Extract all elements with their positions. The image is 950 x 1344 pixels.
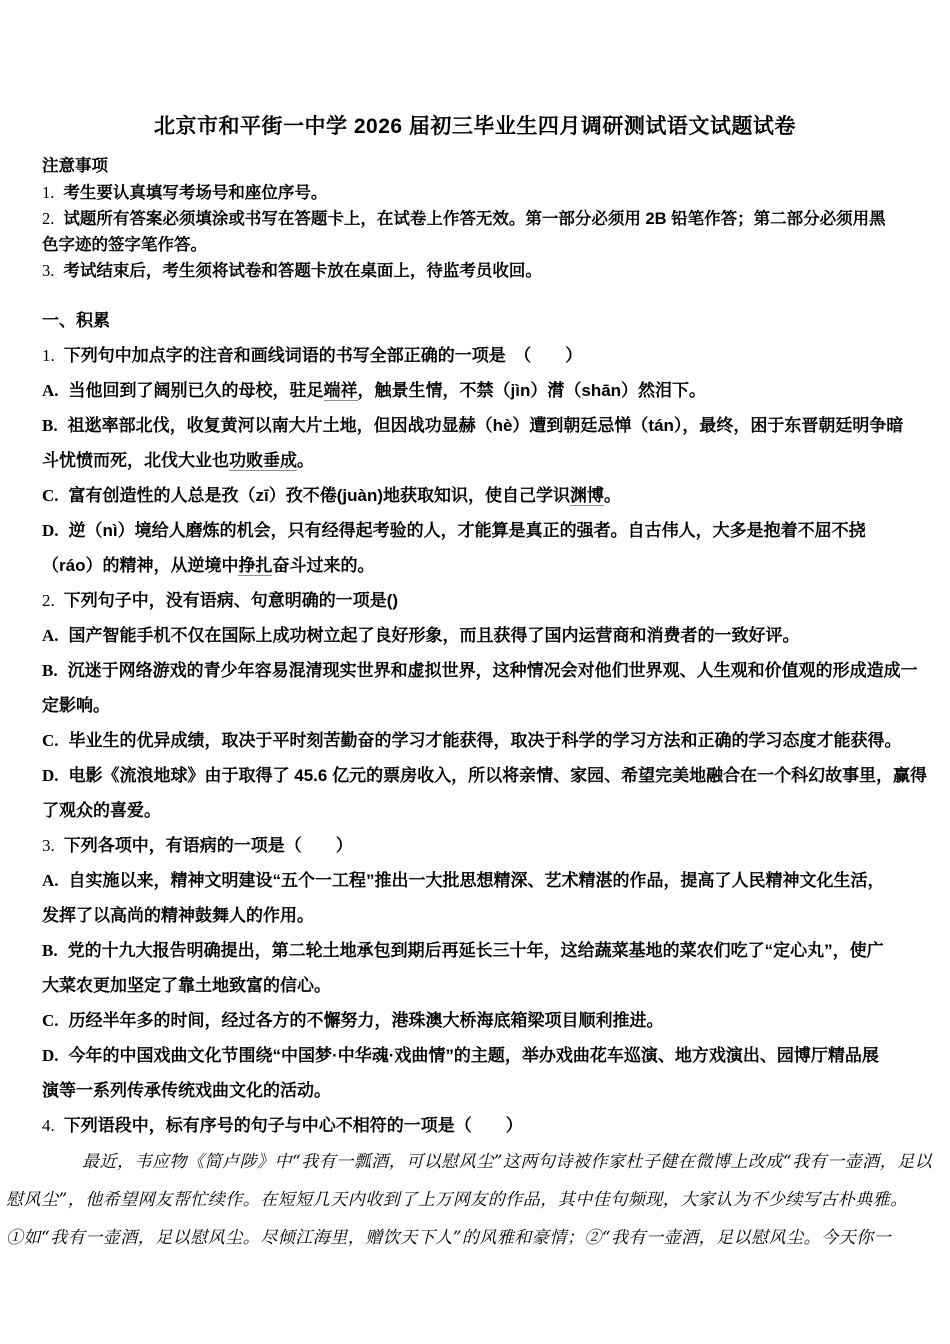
text-segment: 。 [604, 486, 621, 505]
section-heading-accumulation: 一、积累 [42, 303, 912, 338]
text-segment: 考试结束后，考生须将试卷和答题卡放在桌面上，待监考员收回。 [63, 262, 542, 280]
notice-heading: 注意事项 [42, 154, 910, 180]
text-segment: 电影《流浪地球》由于取得了 45.6 亿元的票房收入，所以将亲情、家园、希望完美… [69, 766, 928, 785]
text-segment: ①如“我有一壶酒，足以慰风尘。尽倾江海里，赠饮天下人”的风雅和豪情；②“我有一壶… [6, 1228, 891, 1248]
q1-option-a: A.当他回到了阔别已久的母校，驻足端祥，触景生情，不禁（jìn）潸（shān）然… [42, 373, 912, 408]
notice-section: 注意事项1.考生要认真填写考场号和座位序号。2.试题所有答案必须填涂或书写在答题… [42, 154, 910, 285]
exam-paper-page: 北京市和平街一中学 2026 届初三毕业生四月调研测试语文试题试卷 注意事项1.… [0, 0, 950, 1257]
notice-item-2: 2.试题所有答案必须填涂或书写在答题卡上，在试卷上作答无效。第一部分必须用 2B… [42, 206, 910, 233]
text-segment: 祖逖率部北伐，收复黄河以南大片土地，但因战功显赫（hè）遭到朝廷忌惮（tán），… [68, 416, 904, 435]
text-segment: C. [42, 731, 59, 750]
q2-option-c: C.毕业生的优异成绩，取决于平时刻苦勤奋的学习才能获得，取决于科学的学习方法和正… [42, 723, 912, 758]
text-segment: 自实施以来，精神文明建设“五个一工程”推出一大批思想精深、艺术精湛的作品，提高了… [69, 871, 885, 890]
text-segment: A. [42, 871, 59, 890]
question-body: 一、积累1.下列句中加点字的注音和画线词语的书写全部正确的一项是 （ ）A.当他… [42, 303, 912, 1257]
text-segment: 1. [42, 183, 54, 202]
q3-stem: 3.下列各项中，有语病的一项是（ ） [42, 828, 912, 863]
underlined-term: 功败垂成 [229, 451, 297, 471]
text-segment: D. [42, 521, 59, 540]
notice-item-3: 3.考试结束后，考生须将试卷和答题卡放在桌面上，待监考员收回。 [42, 258, 910, 285]
text-segment: 2. [42, 591, 55, 610]
text-segment: 国产智能手机不仅在国际上成功树立起了良好形象，而且获得了国内运营商和消费者的一致… [69, 626, 800, 645]
q4-passage-line-2: 慰风尘”，他希望网友帮忙续作。在短短几天内收到了上万网友的作品，其中佳句频现，大… [6, 1181, 912, 1219]
underlined-term: 渊博 [570, 486, 604, 506]
q4-passage-line-3: ①如“我有一壶酒，足以慰风尘。尽倾江海里，赠饮天下人”的风雅和豪情；②“我有一壶… [6, 1219, 912, 1257]
text-segment: ，触景生情，不禁（jìn）潸（shān）然泪下。 [358, 381, 707, 400]
q2-option-d-cont: 了观众的喜爱。 [42, 793, 912, 828]
q3-option-b: B.党的十九大报告明确提出，第二轮土地承包到期后再延长三十年，这给蔬菜基地的菜农… [42, 933, 912, 968]
q1-stem: 1.下列句中加点字的注音和画线词语的书写全部正确的一项是 （ ） [42, 338, 912, 373]
q3-option-d: D.今年的中国戏曲文化节围绕“中国梦·中华魂·戏曲情”的主题，举办戏曲花车巡演、… [42, 1038, 912, 1073]
text-segment: 3. [42, 261, 54, 280]
text-segment: 1. [42, 346, 55, 365]
q1-option-c: C.富有创造性的人总是孜（zī）孜不倦(juàn)地获取知识，使自己学识渊博。 [42, 478, 912, 513]
text-segment: C. [42, 1011, 59, 1030]
text-segment: 演等一系列传承传统戏曲文化的活动。 [42, 1081, 331, 1100]
q1-option-b-cont: 斗忧愤而死，北伐大业也功败垂成。 [42, 443, 912, 478]
text-segment: 历经半年多的时间，经过各方的不懈努力，港珠澳大桥海底箱梁项目顺利推进。 [69, 1011, 664, 1030]
text-segment: 考生要认真填写考场号和座位序号。 [63, 184, 327, 202]
notice-item-2-cont: 色字迹的签字笔作答。 [42, 233, 910, 259]
text-segment: 发挥了以高尚的精神鼓舞人的作用。 [42, 906, 314, 925]
page-title: 北京市和平街一中学 2026 届初三毕业生四月调研测试语文试题试卷 [42, 110, 908, 140]
text-segment: B. [42, 941, 58, 960]
q1-option-d: D.逆（nì）境给人磨炼的机会，只有经得起考验的人，才能算是真正的强者。自古伟人… [42, 513, 912, 548]
text-segment: A. [42, 626, 59, 645]
text-segment: 斗忧愤而死，北伐大业也 [42, 451, 229, 470]
text-segment: 奋斗过来的。 [272, 556, 374, 575]
text-segment: 。 [297, 451, 314, 470]
q3-option-d-cont: 演等一系列传承传统戏曲文化的活动。 [42, 1073, 912, 1108]
text-segment: 2. [42, 209, 54, 228]
text-segment: B. [42, 661, 58, 680]
text-segment: 党的十九大报告明确提出，第二轮土地承包到期后再延长三十年，这给蔬菜基地的菜农们吃… [68, 941, 884, 960]
underlined-term: 挣扎 [238, 556, 272, 576]
text-segment: 试题所有答案必须填涂或书写在答题卡上，在试卷上作答无效。第一部分必须用 2B 铅… [63, 210, 885, 228]
text-segment: 大菜农更加坚定了靠土地致富的信心。 [42, 976, 331, 995]
q4-passage-line-1: 最近，韦应物《简卢陟》中“我有一瓢酒，可以慰风尘”这两句诗被作家杜子健在微博上改… [6, 1143, 912, 1181]
notice-item-1: 1.考生要认真填写考场号和座位序号。 [42, 180, 910, 207]
q2-option-d: D.电影《流浪地球》由于取得了 45.6 亿元的票房收入，所以将亲情、家园、希望… [42, 758, 912, 793]
q2-stem: 2.下列句子中，没有语病、句意明确的一项是() [42, 583, 912, 618]
text-segment: 下列句中加点字的注音和画线词语的书写全部正确的一项是 （ ） [64, 346, 583, 365]
underlined-term: 端祥 [324, 381, 358, 401]
text-segment: （ráo）的精神，从逆境中 [42, 556, 238, 575]
text-segment: B. [42, 416, 58, 435]
q3-option-b-cont: 大菜农更加坚定了靠土地致富的信心。 [42, 968, 912, 1003]
text-segment: 3. [42, 836, 55, 855]
text-segment: 毕业生的优异成绩，取决于平时刻苦勤奋的学习才能获得，取决于科学的学习方法和正确的… [69, 731, 902, 750]
text-segment: 下列句子中，没有语病、句意明确的一项是() [64, 591, 398, 610]
text-segment: 色字迹的签字笔作答。 [42, 236, 207, 254]
text-segment: D. [42, 766, 59, 785]
q2-option-b: B.沉迷于网络游戏的青少年容易混清现实世界和虚拟世界，这种情况会对他们世界观、人… [42, 653, 912, 688]
text-segment: 4. [42, 1116, 55, 1135]
q3-option-a: A.自实施以来，精神文明建设“五个一工程”推出一大批思想精深、艺术精湛的作品，提… [42, 863, 912, 898]
text-segment: D. [42, 1046, 59, 1065]
q3-option-a-cont: 发挥了以高尚的精神鼓舞人的作用。 [42, 898, 912, 933]
text-segment: 下列各项中，有语病的一项是（ ） [64, 836, 353, 855]
text-segment: 了观众的喜爱。 [42, 801, 161, 820]
text-segment: 沉迷于网络游戏的青少年容易混清现实世界和虚拟世界，这种情况会对他们世界观、人生观… [68, 661, 918, 680]
q3-option-c: C.历经半年多的时间，经过各方的不懈努力，港珠澳大桥海底箱梁项目顺利推进。 [42, 1003, 912, 1038]
q1-option-b: B.祖逖率部北伐，收复黄河以南大片土地，但因战功显赫（hè）遭到朝廷忌惮（tán… [42, 408, 912, 443]
text-segment: 今年的中国戏曲文化节围绕“中国梦·中华魂·戏曲情”的主题，举办戏曲花车巡演、地方… [69, 1046, 879, 1065]
text-segment: 注意事项 [42, 157, 108, 175]
text-segment: 下列语段中，标有序号的句子与中心不相符的一项是（ ） [64, 1116, 523, 1135]
q4-stem: 4.下列语段中，标有序号的句子与中心不相符的一项是（ ） [42, 1108, 912, 1143]
text-segment: 逆（nì）境给人磨炼的机会，只有经得起考验的人，才能算是真正的强者。自古伟人，大… [69, 521, 866, 540]
q2-option-b-cont: 定影响。 [42, 688, 912, 723]
text-segment: A. [42, 381, 59, 400]
q2-option-a: A.国产智能手机不仅在国际上成功树立起了良好形象，而且获得了国内运营商和消费者的… [42, 618, 912, 653]
text-segment: 慰风尘”，他希望网友帮忙续作。在短短几天内收到了上万网友的作品，其中佳句频现，大… [6, 1190, 908, 1210]
text-segment: 定影响。 [42, 696, 110, 715]
text-segment: 最近，韦应物《简卢陟》中“我有一瓢酒，可以慰风尘”这两句诗被作家杜子健在微博上改… [82, 1152, 932, 1172]
text-segment: 一、积累 [42, 311, 110, 330]
text-segment: C. [42, 486, 59, 505]
q1-option-d-cont: （ráo）的精神，从逆境中挣扎奋斗过来的。 [42, 548, 912, 583]
text-segment: 富有创造性的人总是孜（zī）孜不倦(juàn)地获取知识，使自己学识 [69, 486, 571, 505]
text-segment: 当他回到了阔别已久的母校，驻足 [69, 381, 324, 400]
